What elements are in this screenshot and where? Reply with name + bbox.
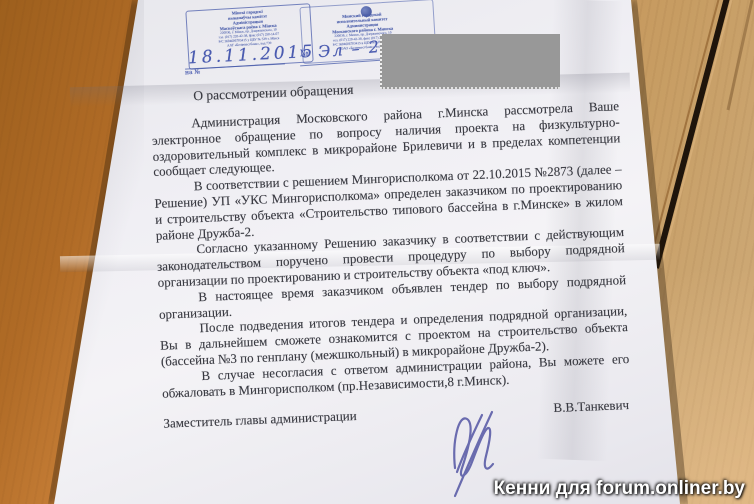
number-sign: № [300, 49, 309, 59]
watermark-credit: Кенни для forum.onliner.by [494, 478, 745, 500]
signatory-name: В.В.Танкевич [553, 397, 629, 416]
photo-of-letter-on-desk: Мінскі гарадскі выканаўчы камітэт Адміні… [0, 0, 754, 504]
letter-body: О рассмотрении обращения Администрация М… [150, 71, 631, 432]
stamp-footer-note: на № [185, 69, 201, 77]
